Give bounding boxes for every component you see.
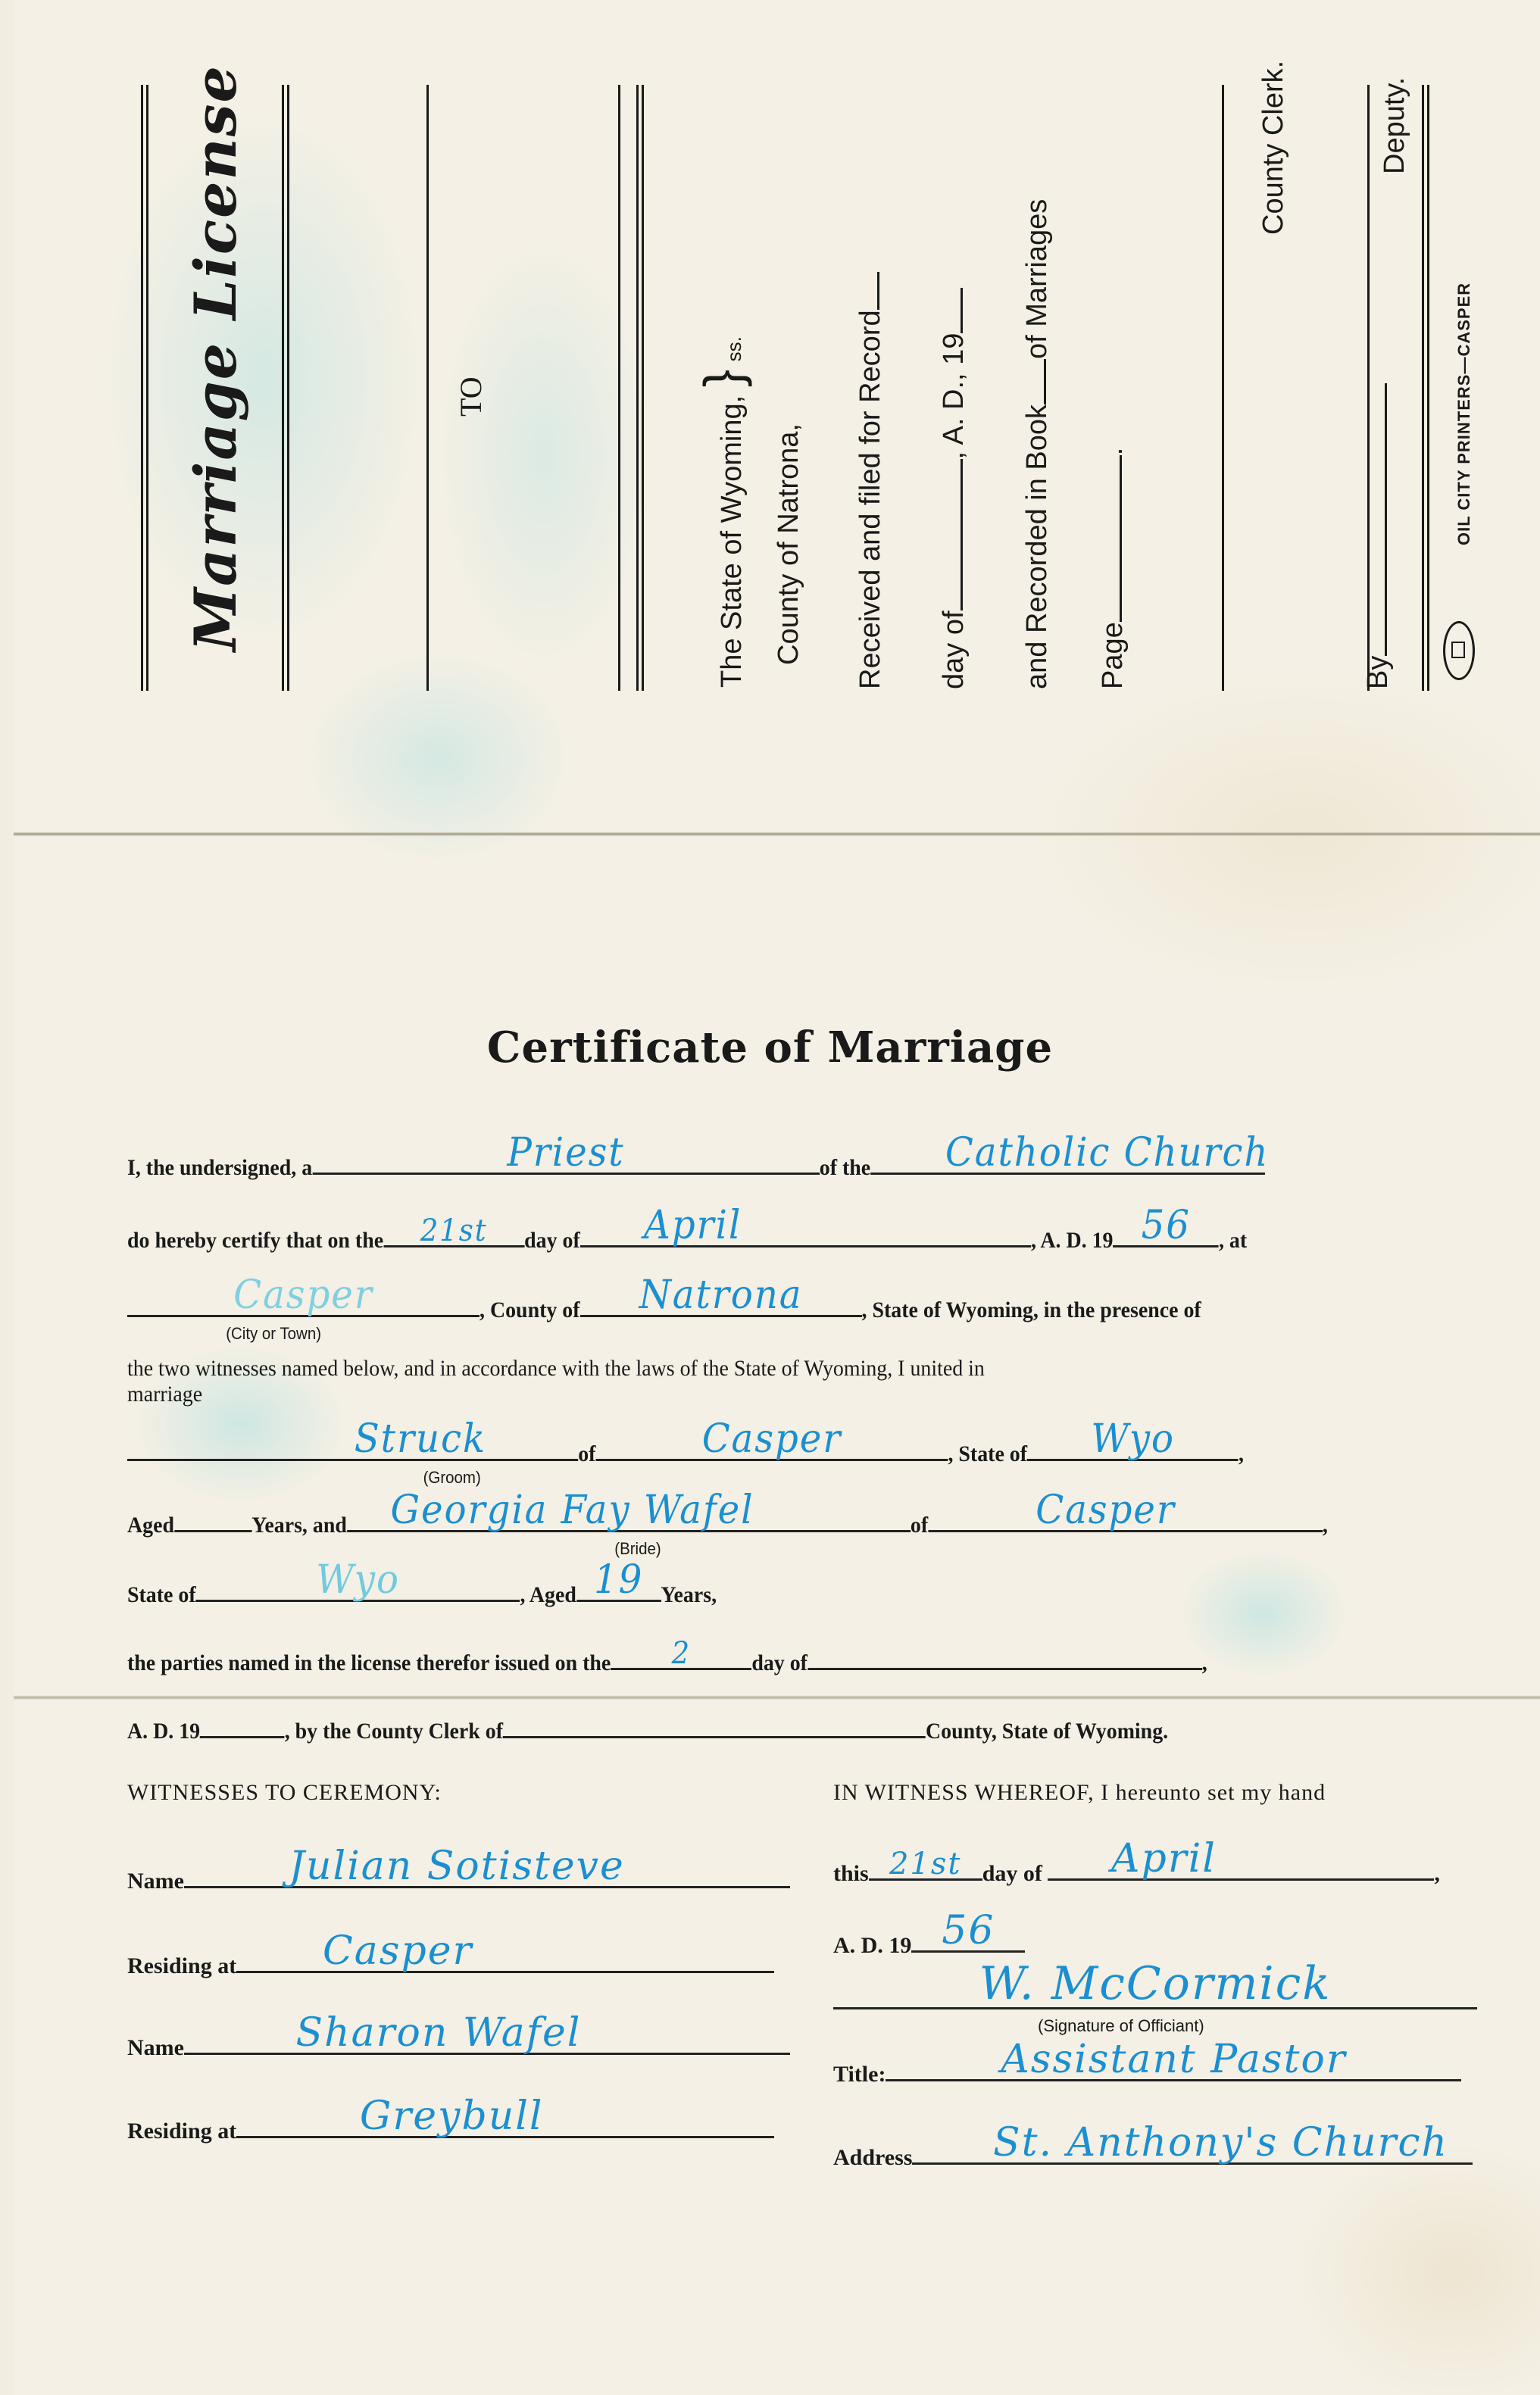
label: ,	[1239, 1441, 1244, 1466]
handwritten-value: Priest	[507, 1130, 624, 1176]
license-to: TO	[453, 376, 489, 417]
month-field[interactable]: April	[580, 1222, 1031, 1247]
statement-text: the two witnesses named below, and in ac…	[127, 1356, 985, 1381]
witnesses-heading: WITNESSES TO CEREMONY:	[127, 1780, 809, 1806]
officiant-title-field[interactable]: Assistant Pastor	[886, 2056, 1461, 2081]
statement-text: marriage	[127, 1382, 202, 1407]
handwritten-signature: W. McCormick	[979, 1957, 1331, 2010]
label: I, the undersigned, a	[127, 1155, 312, 1180]
recorded-label: and Recorded in Book	[1021, 404, 1053, 689]
witness-2-residence-field[interactable]: Greybull	[236, 2113, 774, 2138]
page-blank[interactable]	[1091, 455, 1122, 622]
label: Aged	[127, 1513, 174, 1538]
handwritten-value: 56	[1142, 1203, 1191, 1248]
row-bride-state: State ofWyo, Aged19Years,	[127, 1577, 1395, 1608]
handwritten-value: 2	[672, 1636, 692, 1671]
groom-field[interactable]: Struck(Groom)	[127, 1436, 578, 1461]
groom-age-field[interactable]	[174, 1507, 251, 1532]
groom-state-field[interactable]: Wyo	[1027, 1436, 1239, 1461]
row-groom: Struck(Groom)ofCasper, State ofWyo,	[127, 1436, 1395, 1467]
year-field[interactable]: 56	[1113, 1222, 1219, 1247]
label: , by the County Clerk of	[285, 1719, 503, 1744]
fold-crease	[14, 832, 1540, 836]
whereof-day-field[interactable]: 21st	[869, 1856, 982, 1881]
row-license-issued: the parties named in the license therefo…	[127, 1645, 1395, 1676]
handwritten-value: Catholic Church	[945, 1130, 1269, 1176]
license-recorded-line: and Recorded in Bookof Marriages	[1015, 199, 1054, 689]
certificate-title: Certificate of Marriage	[0, 1023, 1540, 1073]
label: Residing at	[127, 2119, 236, 2144]
label: day of	[982, 1861, 1042, 1886]
row-place: Casper(City or Town), County ofNatrona, …	[127, 1292, 1395, 1323]
witness-1-name-row: NameJulian Sotisteve	[127, 1863, 790, 1894]
double-rule	[636, 85, 644, 691]
label: A. D. 19	[833, 1933, 911, 1958]
bride-city-field[interactable]: Casper	[928, 1507, 1323, 1532]
label: Name	[127, 2035, 184, 2060]
witness-1-name-field[interactable]: Julian Sotisteve	[184, 1863, 790, 1888]
title-row: Title:Assistant Pastor	[833, 2056, 1461, 2087]
label: Years, and	[251, 1513, 347, 1538]
handwritten-value: St. Anthony's Church	[993, 2120, 1448, 2165]
groom-city-field[interactable]: Casper	[595, 1436, 948, 1461]
license-county-line: County of Natrona,	[773, 423, 805, 665]
license-title: Marriage License	[182, 64, 249, 651]
handwritten-value: Casper	[702, 1416, 842, 1462]
handwritten-value: April	[644, 1203, 742, 1248]
license-year-field[interactable]	[200, 1713, 285, 1738]
bride-age-field[interactable]: 19	[576, 1577, 661, 1602]
rule	[618, 85, 620, 691]
whereof-month-field[interactable]: April	[1048, 1856, 1434, 1881]
label: , A. D. 19	[1031, 1228, 1114, 1253]
license-state-line: The State of Wyoming, } ss.	[692, 336, 753, 688]
license-page-line: Page.	[1091, 448, 1129, 689]
handwritten-value: 19	[594, 1557, 643, 1603]
row-date: do hereby certify that on the21stday ofA…	[127, 1222, 1395, 1254]
label: of the	[820, 1155, 870, 1180]
rule	[1222, 85, 1224, 691]
label: ,	[1323, 1513, 1328, 1538]
double-rule	[282, 85, 289, 691]
witness-1-residence-field[interactable]: Casper	[236, 1948, 774, 1973]
whereof-date-row: this21stday of April,	[833, 1856, 1440, 1887]
bride-caption: (Bride)	[614, 1539, 661, 1559]
day-blank[interactable]	[932, 459, 963, 610]
handwritten-value: Casper	[233, 1272, 373, 1318]
license-day-line: day of, A. D., 19	[932, 288, 970, 689]
whereof-heading: IN WITNESS WHEREOF, I hereunto set my ha…	[833, 1780, 1492, 1806]
address-row: AddressSt. Anthony's Church	[833, 2140, 1473, 2171]
church-field[interactable]: Catholic Church	[870, 1150, 1265, 1175]
handwritten-value: Casper	[323, 1928, 473, 1974]
handwritten-value: 21st	[420, 1213, 488, 1248]
label: of	[578, 1441, 595, 1466]
fold-crease	[14, 1695, 1540, 1700]
label: ,	[1434, 1861, 1440, 1886]
bride-state-field[interactable]: Wyo	[196, 1577, 520, 1602]
officiant-signature-field[interactable]: W. McCormick(Signature of Officiant)	[833, 1984, 1477, 2009]
whereof-section: IN WITNESS WHEREOF, I hereunto set my ha…	[833, 1780, 1492, 1806]
witness-2-residence-row: Residing atGreybull	[127, 2113, 774, 2144]
handwritten-value: 21st	[889, 1847, 962, 1881]
label: Title:	[833, 2062, 886, 2087]
city-field[interactable]: Casper(City or Town)	[127, 1292, 479, 1317]
received-label: Received and filed for Record	[854, 310, 886, 689]
signature-caption: (Signature of Officiant)	[1038, 2016, 1204, 2036]
marriages-label: of Marriages	[1021, 199, 1053, 359]
label: Years,	[661, 1582, 717, 1607]
deputy-label: Deputy.	[1379, 77, 1411, 174]
handwritten-value: Greybull	[360, 2094, 544, 2139]
license-by-line: By	[1356, 383, 1395, 689]
whereof-year-row: A. D. 1956	[833, 1928, 1025, 1959]
city-caption: (City or Town)	[226, 1324, 321, 1344]
county-field[interactable]: Natrona	[580, 1292, 862, 1317]
label: State of	[127, 1582, 196, 1607]
label: of	[911, 1513, 928, 1538]
groom-caption: (Groom)	[423, 1468, 481, 1488]
handwritten-value: Struck	[355, 1416, 486, 1462]
day-of-label: day of	[938, 610, 970, 689]
brace: }	[693, 370, 752, 387]
officiant-address-field[interactable]: St. Anthony's Church	[912, 2140, 1473, 2165]
handwritten-value: 56	[942, 1908, 995, 1953]
clerk-county-field[interactable]	[503, 1713, 926, 1738]
row-officiant: I, the undersigned, aPriestof theCatholi…	[127, 1150, 1395, 1181]
officiant-type-field[interactable]: Priest	[312, 1150, 820, 1175]
handwritten-value: April	[1111, 1836, 1217, 1881]
handwritten-value: Natrona	[639, 1272, 803, 1318]
state-label: The State of Wyoming,	[716, 395, 748, 688]
page-label: Page	[1097, 622, 1129, 689]
label: day of	[751, 1650, 807, 1675]
label: day of	[524, 1228, 580, 1253]
witnesses-section: WITNESSES TO CEREMONY: NameJulian Sotist…	[127, 1780, 809, 1806]
handwritten-value: Wyo	[1091, 1416, 1175, 1462]
row-county-clerk: A. D. 19, by the County Clerk ofCounty, …	[127, 1713, 1395, 1744]
by-blank[interactable]	[1356, 383, 1387, 656]
label: this	[833, 1861, 869, 1886]
witness-1-residence-row: Residing atCasper	[127, 1948, 774, 1979]
row-witness-text: the two witnesses named below, and in ac…	[127, 1356, 1395, 1407]
by-label: By	[1362, 656, 1394, 689]
witness-2-name-field[interactable]: Sharon Wafel	[184, 2030, 790, 2055]
row-bride: AgedYears, andGeorgia Fay Wafel(Bride)of…	[127, 1507, 1395, 1538]
label: , State of	[948, 1441, 1027, 1466]
label: Residing at	[127, 1953, 236, 1978]
label: A. D. 19	[127, 1719, 200, 1744]
license-received-line: Received and filed for Record	[848, 272, 887, 689]
double-rule	[141, 85, 148, 691]
rule	[426, 85, 429, 691]
year-blank[interactable]	[932, 288, 963, 333]
witness-2-name-row: NameSharon Wafel	[127, 2030, 790, 2061]
signature-row: W. McCormick(Signature of Officiant)	[833, 1984, 1477, 2016]
label: do hereby certify that on the	[127, 1228, 383, 1253]
label: Name	[127, 1869, 184, 1894]
label: , County of	[479, 1297, 580, 1322]
double-rule	[1422, 85, 1429, 691]
handwritten-value: Georgia Fay Wafel	[391, 1488, 754, 1533]
book-blank[interactable]	[1015, 359, 1046, 404]
whereof-year-field[interactable]: 56	[911, 1928, 1025, 1953]
label: , at	[1219, 1228, 1247, 1253]
day-field[interactable]: 21st	[383, 1222, 524, 1247]
handwritten-value: Casper	[1036, 1488, 1176, 1533]
county-clerk-label: County Clerk.	[1257, 61, 1290, 235]
license-month-field[interactable]	[807, 1645, 1202, 1670]
bride-field[interactable]: Georgia Fay Wafel(Bride)	[347, 1507, 911, 1532]
label: ,	[1202, 1650, 1207, 1675]
license-day-field[interactable]: 2	[611, 1645, 751, 1670]
handwritten-value: Wyo	[316, 1557, 400, 1603]
ad-label: , A. D., 19	[938, 333, 970, 460]
printer-imprint: OIL CITY PRINTERS—CASPER	[1454, 283, 1474, 545]
label: , State of Wyoming, in the presence of	[862, 1297, 1201, 1322]
handwritten-value: Sharon Wafel	[296, 2010, 582, 2056]
label: Address	[833, 2145, 912, 2170]
label: , Aged	[520, 1582, 576, 1607]
label: the parties named in the license therefo…	[127, 1650, 611, 1675]
handwritten-value: Julian Sotisteve	[289, 1844, 625, 1889]
ss-label: ss.	[723, 336, 745, 361]
handwritten-value: Assistant Pastor	[1001, 2037, 1346, 2082]
label: County, State of Wyoming.	[926, 1719, 1168, 1744]
union-label-icon	[1443, 621, 1475, 680]
